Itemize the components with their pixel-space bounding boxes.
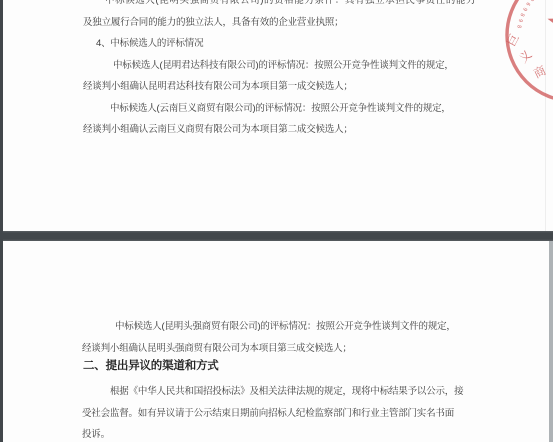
seal-digits: 0 2 0 4 0 6 9 8 9 8 bbox=[515, 0, 553, 28]
page-1-line-7: 经谈判小组确认云南巨义商贸有限公司为本项目第二成交候选人； bbox=[83, 124, 353, 135]
page-1-line-4: 中标候选人(昆明君达科技有限公司)的评标情况：按照公开竞争性谈判文件的规定， bbox=[113, 60, 454, 71]
document-page-2: 中标候选人(昆明头强商贸有限公司)的评标情况：按照公开竞争性谈判文件的规定，经谈… bbox=[0, 241, 553, 442]
page-gap-band bbox=[0, 231, 553, 241]
seal-star-icon bbox=[548, 0, 553, 52]
seal-char-3: 商 bbox=[531, 62, 548, 81]
document-page-1: 0 2 0 4 0 6 9 8 9 8 巨 义 商 中标候选人(昆明头强商贸有限… bbox=[0, 0, 553, 231]
page-2-line-5: 受社会监督。如有异议请于公示结束日期前向招标人纪检监察部门和行业主管部门实名书面 bbox=[82, 408, 454, 419]
page-2-line-4: 根据《中华人民共和国招投标法》及相关法律法规的规定，现将中标结果予以公示，接 bbox=[110, 386, 463, 397]
page-1-line-5: 经谈判小组确认昆明君达科技有限公司为本项目第一成交候选人； bbox=[83, 81, 353, 92]
viewer-left-edge bbox=[0, 0, 3, 442]
viewer-right-edge bbox=[549, 241, 553, 442]
page-1-line-6: 中标候选人(云南巨义商贸有限公司)的评标情况：按照公开竞争性谈判文件的规定， bbox=[110, 103, 451, 114]
page-1-line-1: 中标候选人(昆明头强商贸有限公司)的资格能力条件：具有独立承担民事责任的能力 bbox=[105, 0, 476, 6]
page-2-line-6: 投诉。 bbox=[82, 429, 110, 440]
page-2-line-3: 二、提出异议的渠道和方式 bbox=[83, 361, 219, 372]
seal-ring bbox=[507, 0, 553, 101]
document-viewer: 0 2 0 4 0 6 9 8 9 8 巨 义 商 中标候选人(昆明头强商贸有限… bbox=[0, 0, 553, 442]
page-2-line-1: 中标候选人(昆明头强商贸有限公司)的评标情况：按照公开竞争性谈判文件的规定， bbox=[115, 321, 456, 332]
red-seal-stamp: 0 2 0 4 0 6 9 8 9 8 巨 义 商 bbox=[495, 0, 553, 110]
page-1-line-3: 4、中标候选人的评标情况 bbox=[96, 38, 203, 49]
page-1-line-2: 及独立履行合同的能力的独立法人，具备有效的企业营业执照； bbox=[83, 17, 343, 28]
seal-char-2: 义 bbox=[516, 47, 534, 65]
page-2-line-2: 经谈判小组确认昆明头强商贸有限公司为本项目第三成交候选人； bbox=[82, 343, 352, 354]
